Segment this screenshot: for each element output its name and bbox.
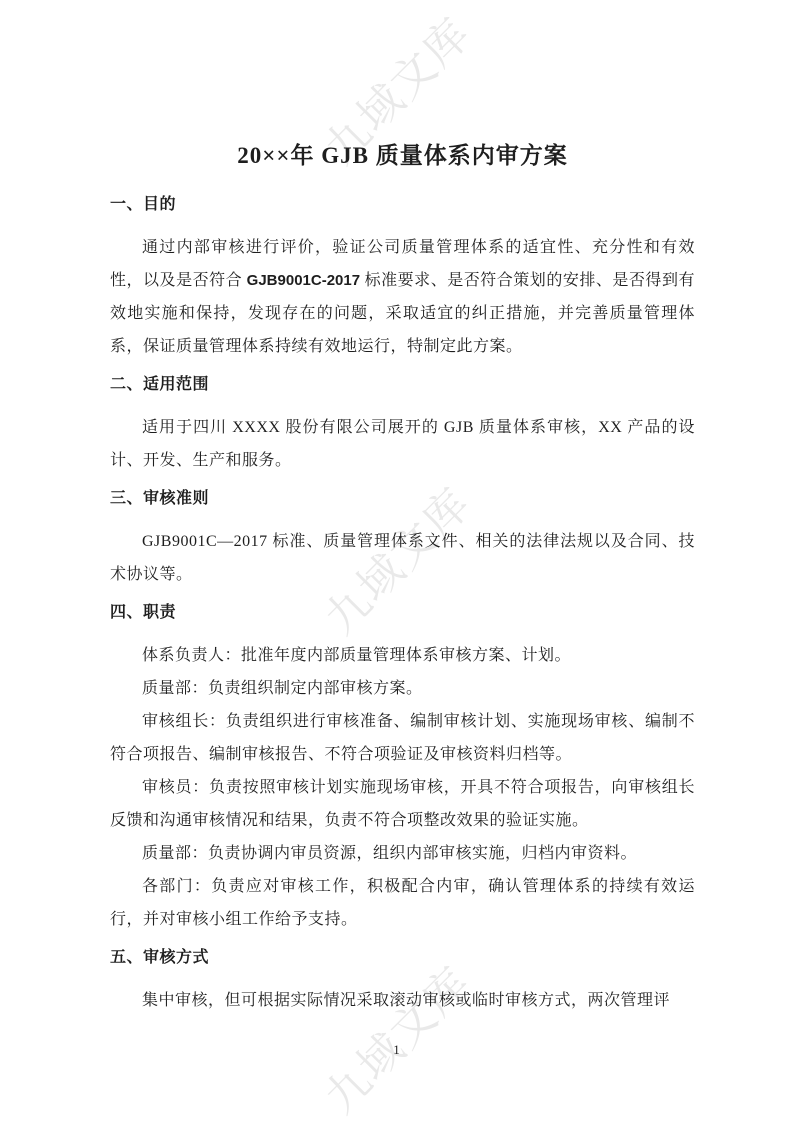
document-body: 20××年 GJB 质量体系内审方案 一、目的 通过内部审核进行评价，验证公司质… (110, 0, 695, 1017)
section-heading-scope: 二、适用范围 (110, 373, 695, 397)
paragraph-responsibility-quality-dept: 质量部：负责组织制定内部审核方案。 (110, 672, 695, 705)
paragraph-responsibility-quality-dept-2: 质量部：负责协调内审员资源，组织内部审核实施，归档内审资料。 (110, 837, 695, 870)
section-heading-criteria: 三、审核准则 (110, 487, 695, 511)
section-heading-purpose: 一、目的 (110, 193, 695, 217)
paragraph-responsibility-audit-leader: 审核组长：负责组织进行审核准备、编制审核计划、实施现场审核、编制不符合项报告、编… (110, 705, 695, 771)
paragraph-purpose: 通过内部审核进行评价，验证公司质量管理体系的适宜性、充分性和有效性，以及是否符合… (110, 231, 695, 363)
paragraph-criteria: GJB9001C—2017 标准、质量管理体系文件、相关的法律法规以及合同、技术… (110, 525, 695, 591)
standard-reference-bold: GJB9001C-2017 (247, 272, 360, 289)
paragraph-responsibility-departments: 各部门：负责应对审核工作，积极配合内审，确认管理体系的持续有效运行，并对审核小组… (110, 870, 695, 936)
document-title: 20××年 GJB 质量体系内审方案 (110, 140, 695, 172)
document-page: 九域文库 九域文库 九域文库 20××年 GJB 质量体系内审方案 一、目的 通… (0, 0, 793, 1122)
page-number: 1 (0, 1041, 793, 1059)
paragraph-responsibility-system-owner: 体系负责人：批准年度内部质量管理体系审核方案、计划。 (110, 639, 695, 672)
paragraph-responsibility-auditor: 审核员：负责按照审核计划实施现场审核，开具不符合项报告，向审核组长反馈和沟通审核… (110, 771, 695, 837)
section-heading-responsibilities: 四、职责 (110, 601, 695, 625)
section-heading-audit-method: 五、审核方式 (110, 946, 695, 970)
paragraph-audit-method: 集中审核，但可根据实际情况采取滚动审核或临时审核方式，两次管理评 (110, 984, 695, 1017)
paragraph-scope: 适用于四川 XXXX 股份有限公司展开的 GJB 质量体系审核，XX 产品的设计… (110, 411, 695, 477)
